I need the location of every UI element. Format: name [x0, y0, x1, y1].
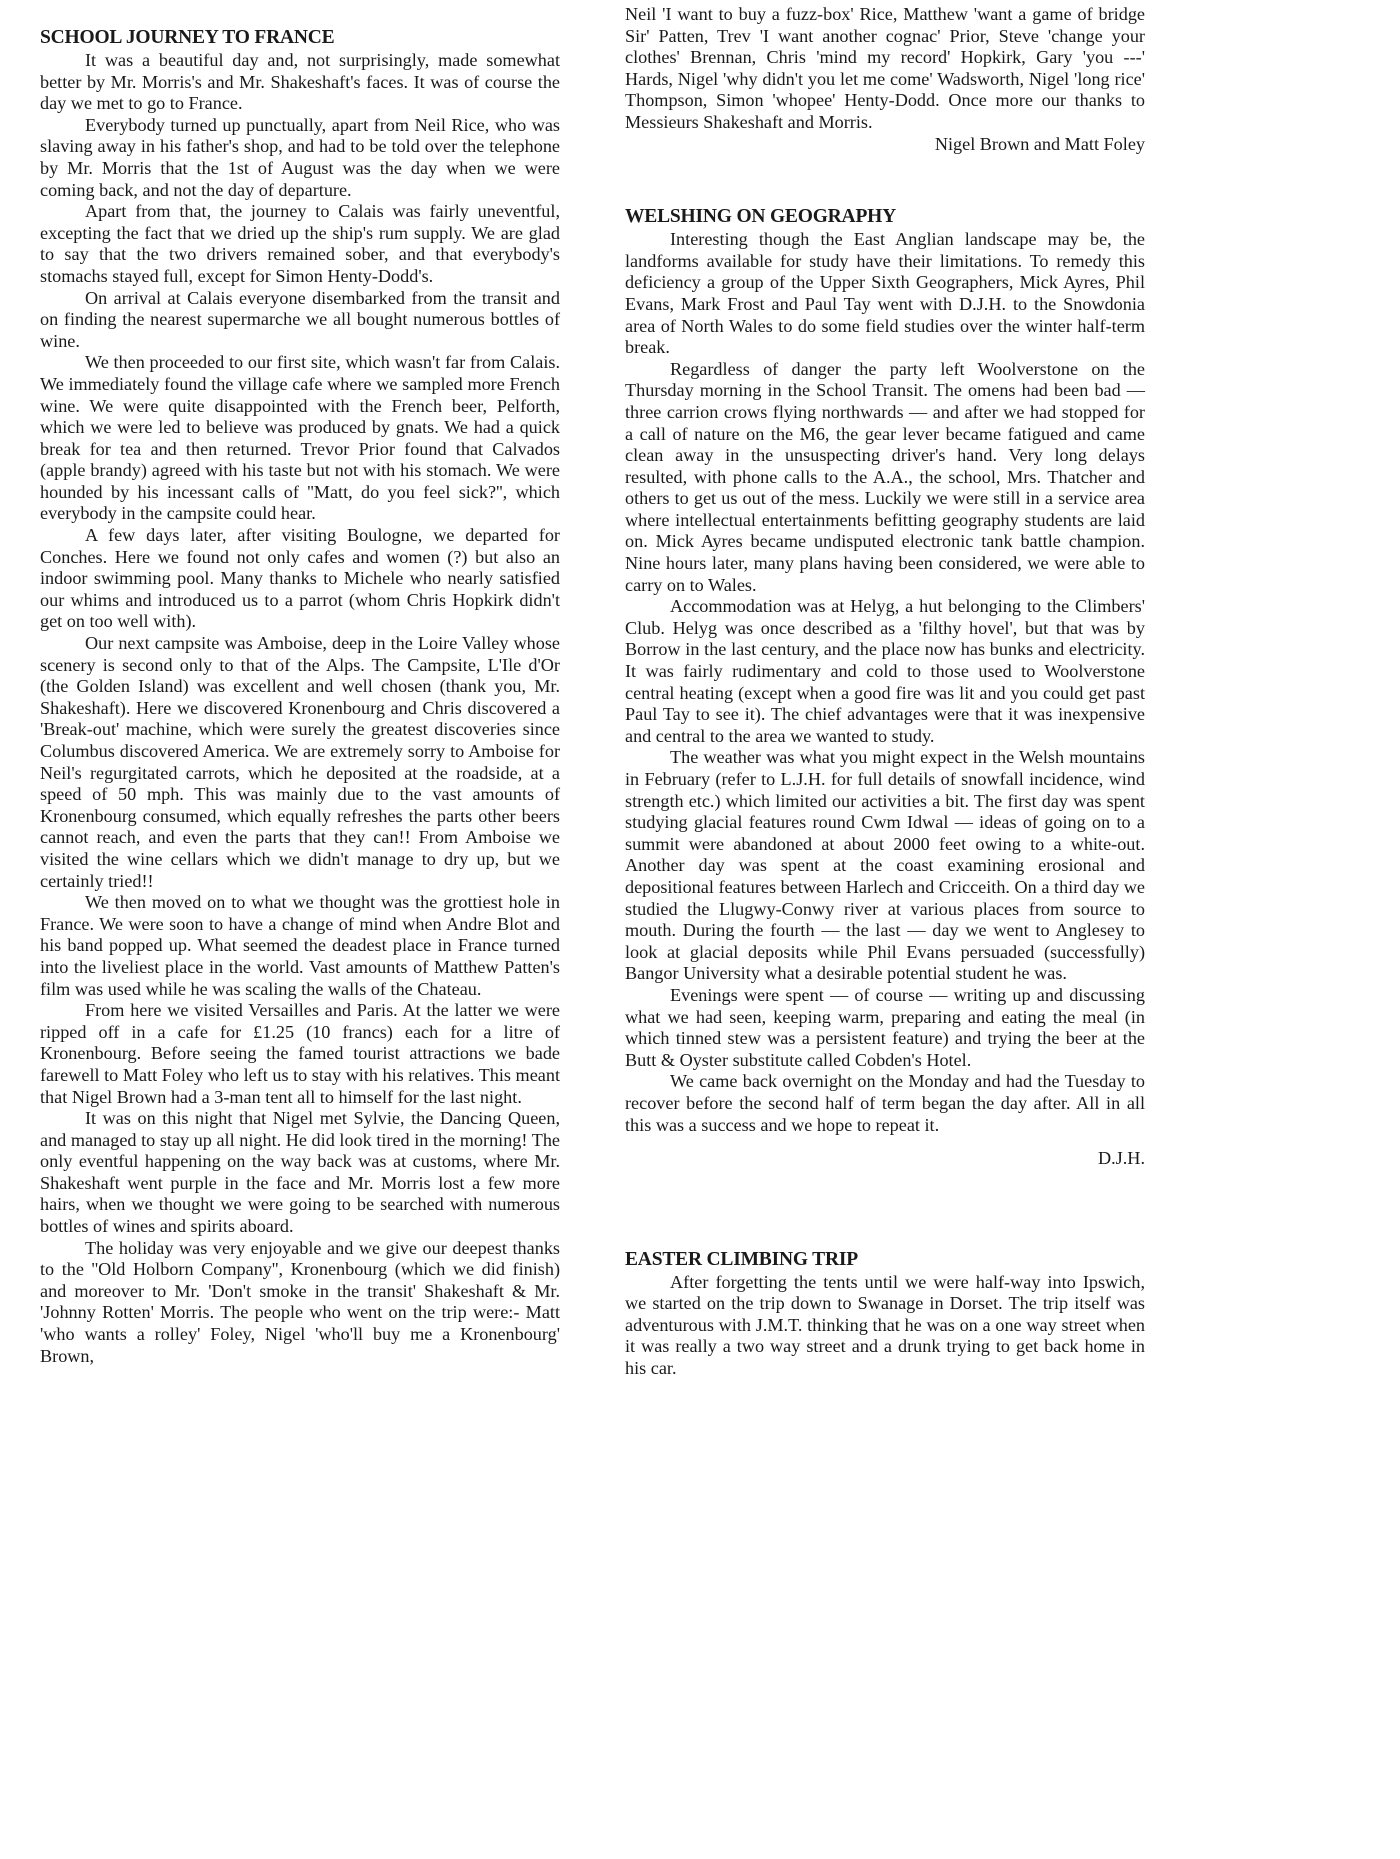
paragraph: The holiday was very enjoyable and we gi…	[40, 1238, 560, 1368]
paragraph: We then proceeded to our first site, whi…	[40, 352, 560, 525]
paragraph: A few days later, after visiting Boulogn…	[40, 525, 560, 633]
paragraph: Our next campsite was Amboise, deep in t…	[40, 633, 560, 892]
article-school-journey-to-france: SCHOOL JOURNEY TO FRANCE It was a beauti…	[40, 26, 560, 1367]
paragraph: After forgetting the tents until we were…	[625, 1272, 1145, 1380]
paragraph: It was on this night that Nigel met Sylv…	[40, 1108, 560, 1238]
paragraph: On arrival at Calais everyone disembarke…	[40, 288, 560, 353]
paragraph: The weather was what you might expect in…	[625, 747, 1145, 985]
left-column: SCHOOL JOURNEY TO FRANCE It was a beauti…	[40, 26, 560, 1367]
article-title: EASTER CLIMBING TRIP	[625, 1248, 1145, 1272]
paragraph: Apart from that, the journey to Calais w…	[40, 201, 560, 287]
article-title: SCHOOL JOURNEY TO FRANCE	[40, 26, 560, 50]
spacer	[625, 155, 1145, 205]
author-signature: Nigel Brown and Matt Foley	[625, 134, 1145, 156]
paragraph: We then moved on to what we thought was …	[40, 892, 560, 1000]
paragraph: We came back overnight on the Monday and…	[625, 1071, 1145, 1136]
paragraph: Accommodation was at Helyg, a hut belong…	[625, 596, 1145, 747]
paragraph: It was a beautiful day and, not surprisi…	[40, 50, 560, 115]
article-welshing-on-geography: WELSHING ON GEOGRAPHY Interesting though…	[625, 205, 1145, 1170]
spacer	[625, 1170, 1145, 1248]
paragraph: From here we visited Versailles and Pari…	[40, 1000, 560, 1108]
right-column: Neil 'I want to buy a fuzz-box' Rice, Ma…	[625, 4, 1145, 1380]
paragraph: Regardless of danger the party left Wool…	[625, 359, 1145, 597]
author-signature: D.J.H.	[625, 1148, 1145, 1170]
article-easter-climbing-trip: EASTER CLIMBING TRIP After forgetting th…	[625, 1248, 1145, 1380]
article-title: WELSHING ON GEOGRAPHY	[625, 205, 1145, 229]
paragraph: Evenings were spent — of course — writin…	[625, 985, 1145, 1071]
article-school-journey-continuation: Neil 'I want to buy a fuzz-box' Rice, Ma…	[625, 4, 1145, 155]
paragraph: Everybody turned up punctually, apart fr…	[40, 115, 560, 201]
paragraph: Interesting though the East Anglian land…	[625, 229, 1145, 359]
paragraph-continuation: Neil 'I want to buy a fuzz-box' Rice, Ma…	[625, 4, 1145, 134]
